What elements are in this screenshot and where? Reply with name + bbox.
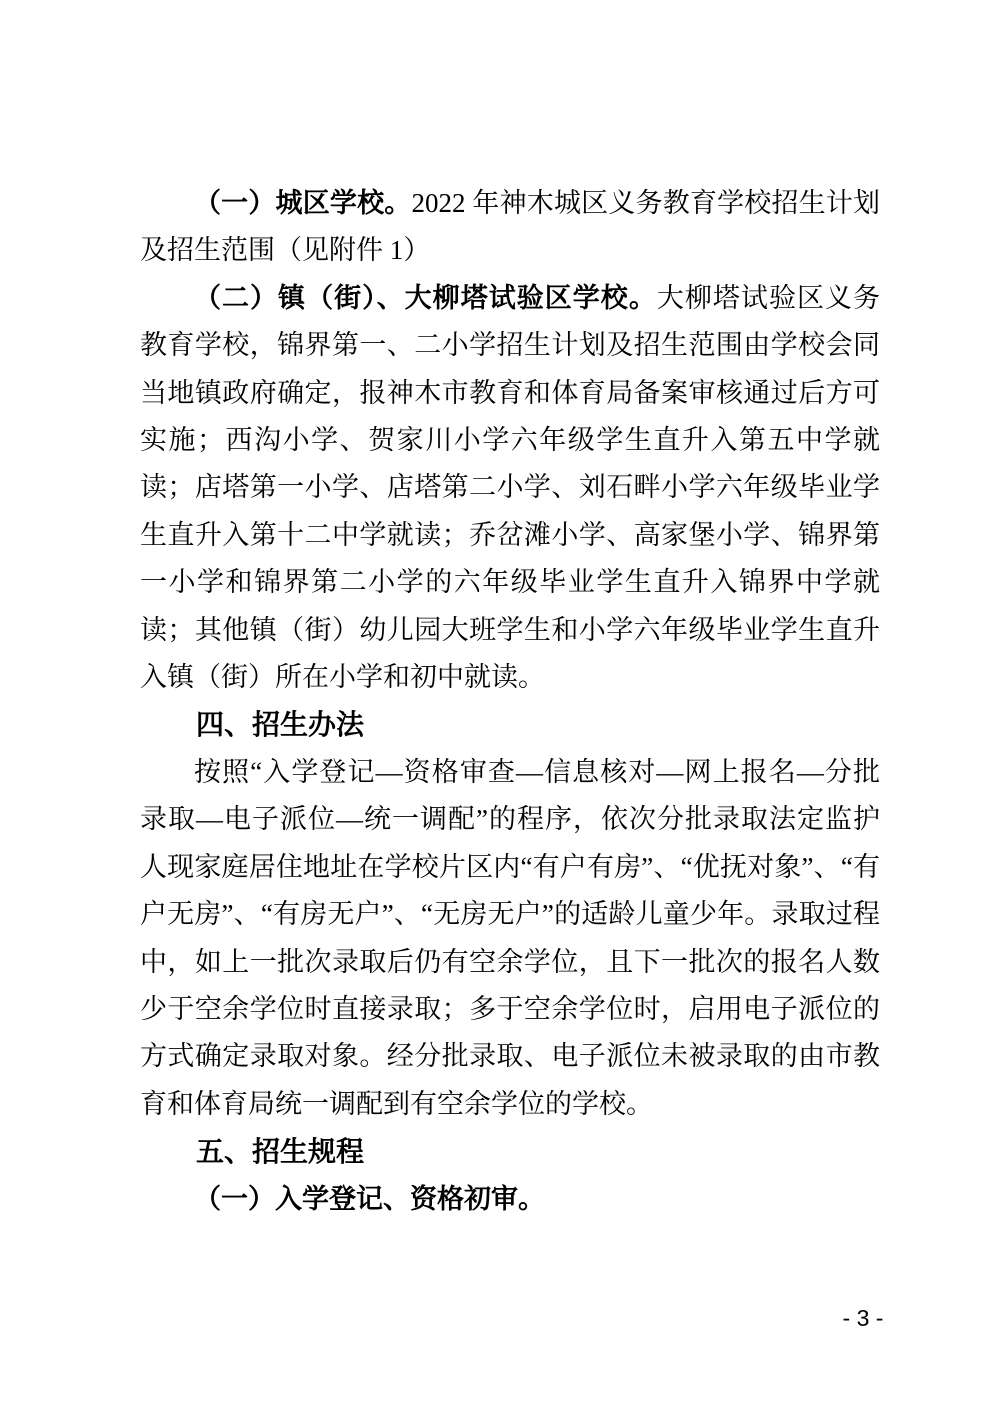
paragraph-town-schools-text: 大柳塔试验区义务教育学校，锦界第一、二小学招生计划及招生范围由学校会同当地镇政府… <box>140 283 880 692</box>
paragraph-city-schools: （一）城区学校。2022 年神木城区义务教育学校招生计划及招生范围（见附件 1） <box>140 180 880 275</box>
heading-section-4-enrollment-method: 四、招生办法 <box>140 701 880 748</box>
paragraph-enrollment-method: 按照“入学登记—资格审查—信息核对—网上报名—分批录取—电子派位—统一调配”的程… <box>140 749 880 1128</box>
paragraph-city-schools-lead: （一）城区学校。 <box>194 188 411 218</box>
page-number: - 3 - <box>828 1303 898 1333</box>
paragraph-rules-item1: （一）入学登记、资格初审。 <box>140 1176 880 1223</box>
document-body: （一）城区学校。2022 年神木城区义务教育学校招生计划及招生范围（见附件 1）… <box>140 180 880 1223</box>
document-page: （一）城区学校。2022 年神木城区义务教育学校招生计划及招生范围（见附件 1）… <box>0 0 1000 1414</box>
heading-section-5-enrollment-rules: 五、招生规程 <box>140 1128 880 1175</box>
paragraph-town-schools-lead: （二）镇（街）、大柳塔试验区学校。 <box>194 283 657 313</box>
paragraph-town-schools: （二）镇（街）、大柳塔试验区学校。大柳塔试验区义务教育学校，锦界第一、二小学招生… <box>140 275 880 702</box>
